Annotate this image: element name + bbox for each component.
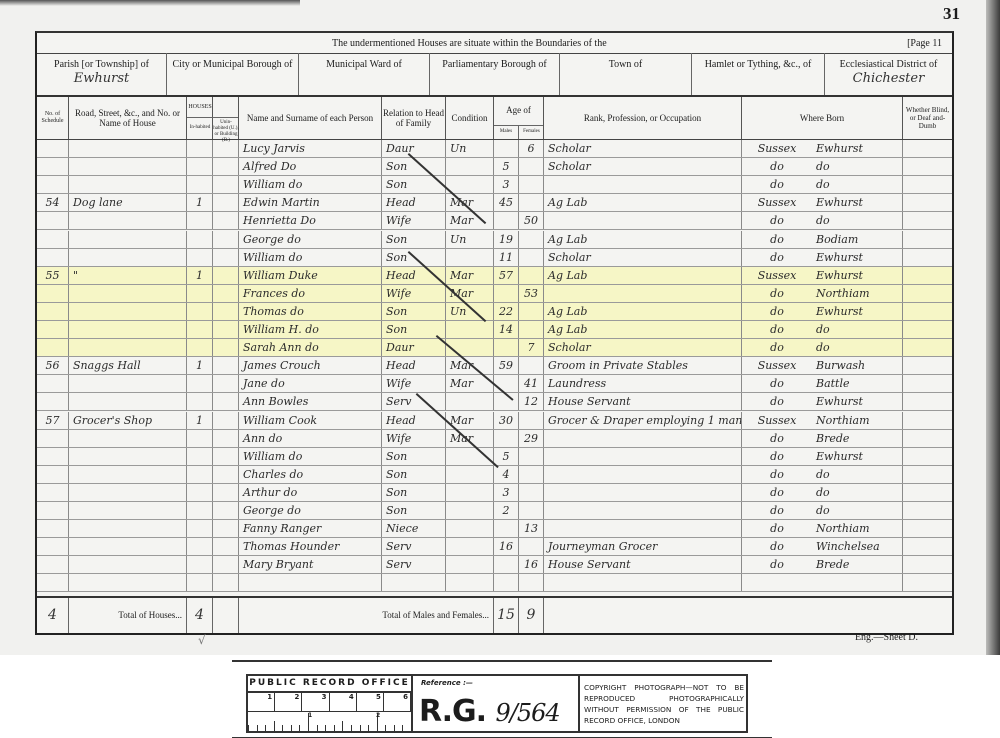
- cell-male-age: 30: [494, 412, 519, 429]
- cell-occupation: Ag Lab: [544, 267, 742, 284]
- cell-condition: [446, 520, 494, 537]
- cell-uninhabited: [213, 412, 239, 429]
- division-label: City or Municipal Borough of: [173, 59, 293, 70]
- cell-relation: Serv: [382, 393, 446, 410]
- cell-inhabited: 1: [187, 357, 213, 374]
- cell-road: [69, 448, 187, 465]
- cell-female-age: [519, 538, 544, 555]
- cell-occupation: Groom in Private Stables: [544, 357, 742, 374]
- census-row: Alfred DoSon5Scholardodo: [37, 158, 952, 176]
- census-row: 55"1William DukeHeadMar57Ag LabSussexEwh…: [37, 267, 952, 285]
- cell-born-county: do: [742, 212, 812, 229]
- total-females-value: 9: [527, 607, 536, 623]
- reference-code: R.G. 9/564: [419, 694, 560, 729]
- cell-schedule: [37, 393, 69, 410]
- cell-name: James Crouch: [239, 357, 382, 374]
- cell-born-place: Ewhurst: [812, 393, 903, 410]
- cell-relation: Head: [382, 357, 446, 374]
- cell-road: [69, 375, 187, 392]
- cell-name: [239, 574, 382, 591]
- cell-uninhabited: [213, 484, 239, 501]
- cell-blind: [903, 158, 952, 175]
- census-row: Ann doWifeMar29doBrede: [37, 430, 952, 448]
- cell-uninhabited: [213, 393, 239, 410]
- cell-male-age: 5: [494, 448, 519, 465]
- cell-male-age: 4: [494, 466, 519, 483]
- cell-schedule: 56: [37, 357, 69, 374]
- cell-female-age: [519, 176, 544, 193]
- cell-schedule: [37, 502, 69, 519]
- cell-female-age: 29: [519, 430, 544, 447]
- ruler-mark: 2: [275, 693, 302, 711]
- cell-female-age: [519, 321, 544, 338]
- cell-blind: [903, 448, 952, 465]
- cell-born-place: Brede: [812, 430, 903, 447]
- cell-female-age: [519, 502, 544, 519]
- pro-reference-panel: Reference :— R.G. 9/564: [413, 676, 580, 731]
- cell-inhabited: [187, 249, 213, 266]
- division-label: Parliamentary Borough of: [442, 59, 546, 70]
- cell-female-age: [519, 574, 544, 591]
- header-blind-deaf: Whether Blind, or Deaf and-Dumb: [903, 97, 952, 139]
- scan-edge: [986, 0, 1000, 655]
- division-label: Ecclesiastical District of: [840, 59, 938, 70]
- cell-female-age: 16: [519, 556, 544, 573]
- census-row: Arthur doSon3dodo: [37, 484, 952, 502]
- cell-condition: Mar: [446, 212, 494, 229]
- cell-schedule: [37, 212, 69, 229]
- cell-occupation: [544, 212, 742, 229]
- cell-condition: Un: [446, 140, 494, 157]
- totals-row: 4 Total of Houses... 4 Total of Males an…: [37, 596, 952, 633]
- cell-occupation: Journeyman Grocer: [544, 538, 742, 555]
- cell-female-age: [519, 231, 544, 248]
- cell-inhabited: [187, 448, 213, 465]
- header-occupation: Rank, Profession, or Occupation: [544, 97, 742, 139]
- cell-relation: Head: [382, 194, 446, 211]
- cell-road: [69, 321, 187, 338]
- cell-female-age: [519, 303, 544, 320]
- cell-name: Thomas do: [239, 303, 382, 320]
- cell-road: [69, 520, 187, 537]
- header-name: Name and Surname of each Person: [239, 97, 382, 139]
- cell-blind: [903, 212, 952, 229]
- cell-born-place: Ewhurst: [812, 267, 903, 284]
- cell-male-age: 5: [494, 158, 519, 175]
- cell-condition: [446, 574, 494, 591]
- census-scan: 31 The undermentioned Houses are situate…: [0, 0, 1000, 655]
- reference-number: 9/564: [496, 699, 560, 727]
- cell-female-age: [519, 249, 544, 266]
- cell-relation: Daur: [382, 339, 446, 356]
- division-ecclesiastical: Ecclesiastical District of Chichester: [825, 53, 952, 95]
- cell-born-place: [812, 574, 903, 591]
- cell-born-place: Ewhurst: [812, 303, 903, 320]
- cell-female-age: [519, 484, 544, 501]
- cell-born-place: Burwash: [812, 357, 903, 374]
- cell-occupation: Scholar: [544, 249, 742, 266]
- census-row: Frances doWifeMar53doNorthiam: [37, 285, 952, 303]
- total-males-value: 15: [497, 607, 515, 623]
- cell-road: [69, 574, 187, 591]
- cell-schedule: [37, 158, 69, 175]
- cell-male-age: 3: [494, 484, 519, 501]
- cell-road: [69, 556, 187, 573]
- cell-road: [69, 484, 187, 501]
- cell-name: Jane do: [239, 375, 382, 392]
- cell-blind: [903, 375, 952, 392]
- cell-female-age: 53: [519, 285, 544, 302]
- cell-name: George do: [239, 502, 382, 519]
- cell-female-age: [519, 412, 544, 429]
- cell-born-county: do: [742, 556, 812, 573]
- cell-relation: Son: [382, 466, 446, 483]
- cell-born-county: do: [742, 538, 812, 555]
- cell-blind: [903, 321, 952, 338]
- census-row: George doSon2dodo: [37, 502, 952, 520]
- cell-uninhabited: [213, 502, 239, 519]
- census-row: Charles doSon4dodo: [37, 466, 952, 484]
- cell-occupation: Laundress: [544, 375, 742, 392]
- cell-inhabited: [187, 574, 213, 591]
- division-value: Chichester: [825, 73, 952, 85]
- cell-relation: Wife: [382, 285, 446, 302]
- cell-name: Charles do: [239, 466, 382, 483]
- cell-occupation: Ag Lab: [544, 303, 742, 320]
- ruler-mark: 3: [302, 693, 329, 711]
- cell-female-age: [519, 448, 544, 465]
- cell-schedule: 55: [37, 267, 69, 284]
- cell-uninhabited: [213, 158, 239, 175]
- cell-uninhabited: [213, 212, 239, 229]
- cell-condition: Mar: [446, 267, 494, 284]
- cell-born-county: do: [742, 430, 812, 447]
- cell-schedule: [37, 303, 69, 320]
- cell-schedule: [37, 140, 69, 157]
- cell-condition: [446, 466, 494, 483]
- cell-uninhabited: [213, 556, 239, 573]
- ruler-ticks: [248, 712, 411, 731]
- cell-male-age: [494, 574, 519, 591]
- cell-born-place: Bodiam: [812, 231, 903, 248]
- cell-male-age: 45: [494, 194, 519, 211]
- cell-inhabited: [187, 502, 213, 519]
- header-houses-label: HOUSES: [187, 97, 213, 118]
- cell-schedule: [37, 520, 69, 537]
- census-row: Sarah Ann doDaur7Scholardodo: [37, 339, 952, 357]
- cell-male-age: [494, 375, 519, 392]
- cell-road: [69, 502, 187, 519]
- cell-born-county: Sussex: [742, 357, 812, 374]
- cell-inhabited: [187, 556, 213, 573]
- cell-name: Lucy Jarvis: [239, 140, 382, 157]
- division-ward: Municipal Ward of: [299, 53, 430, 95]
- cell-uninhabited: [213, 249, 239, 266]
- ruler-inches: 1 2 3 4 5 6: [248, 693, 411, 712]
- cell-relation: Niece: [382, 520, 446, 537]
- cell-born-place: Ewhurst: [812, 194, 903, 211]
- cell-uninhabited: [213, 321, 239, 338]
- census-row: William doSon3dodo: [37, 176, 952, 194]
- cell-occupation: Grocer & Draper employing 1 man: [544, 412, 742, 429]
- cell-male-age: 57: [494, 267, 519, 284]
- cell-schedule: [37, 321, 69, 338]
- division-borough: City or Municipal Borough of: [167, 53, 299, 95]
- cell-schedule: [37, 339, 69, 356]
- cell-male-age: 11: [494, 249, 519, 266]
- cell-schedule: [37, 574, 69, 591]
- cell-born-county: do: [742, 176, 812, 193]
- cell-condition: [446, 176, 494, 193]
- cell-blind: [903, 140, 952, 157]
- total-persons-label: Total of Males and Females...: [239, 598, 494, 633]
- cell-occupation: [544, 430, 742, 447]
- cell-road: [69, 393, 187, 410]
- cell-born-county: do: [742, 158, 812, 175]
- header-schedule: No. of Schedule: [37, 97, 69, 139]
- cell-condition: [446, 393, 494, 410]
- pro-ruler-panel: PUBLIC RECORD OFFICE 1 2 3 4 5 6 1 2: [248, 676, 413, 731]
- cell-schedule: 57: [37, 412, 69, 429]
- cell-road: [69, 466, 187, 483]
- ruler-mark: 4: [330, 693, 357, 711]
- cell-blind: [903, 430, 952, 447]
- reference-label: Reference :—: [421, 679, 473, 687]
- cell-born-county: do: [742, 321, 812, 338]
- cell-occupation: [544, 520, 742, 537]
- cell-born-place: do: [812, 158, 903, 175]
- cell-road: [69, 285, 187, 302]
- total-houses-value: 4: [195, 607, 204, 623]
- cell-schedule: [37, 556, 69, 573]
- cell-occupation: House Servant: [544, 393, 742, 410]
- cell-born-county: Sussex: [742, 412, 812, 429]
- cell-uninhabited: [213, 357, 239, 374]
- cell-inhabited: [187, 393, 213, 410]
- cell-name: George do: [239, 231, 382, 248]
- cell-uninhabited: [213, 466, 239, 483]
- cell-condition: [446, 321, 494, 338]
- copyright-notice: COPYRIGHT PHOTOGRAPH—NOT TO BE REPRODUCE…: [584, 682, 744, 726]
- cell-uninhabited: [213, 140, 239, 157]
- division-hamlet: Hamlet or Tything, &c., of: [692, 53, 825, 95]
- cell-name: William Cook: [239, 412, 382, 429]
- cell-born-place: Northiam: [812, 412, 903, 429]
- cell-male-age: 59: [494, 357, 519, 374]
- cell-relation: [382, 574, 446, 591]
- cell-inhabited: 1: [187, 267, 213, 284]
- cell-uninhabited: [213, 176, 239, 193]
- cell-occupation: [544, 574, 742, 591]
- cell-schedule: [37, 285, 69, 302]
- cell-name: William do: [239, 448, 382, 465]
- census-row: 57Grocer's Shop1William CookHeadMar30Gro…: [37, 412, 952, 430]
- header-uninhabited-col: Unin-habited (U.), or Building (B.): [213, 97, 239, 139]
- cell-born-county: do: [742, 231, 812, 248]
- cell-blind: [903, 303, 952, 320]
- total-males: 15: [494, 598, 519, 633]
- cell-male-age: [494, 339, 519, 356]
- cell-blind: [903, 502, 952, 519]
- total-houses: 4: [187, 598, 213, 633]
- cell-blind: [903, 357, 952, 374]
- cell-schedule: [37, 466, 69, 483]
- cell-born-county: Sussex: [742, 140, 812, 157]
- cell-uninhabited: [213, 285, 239, 302]
- cell-inhabited: [187, 212, 213, 229]
- cell-female-age: [519, 194, 544, 211]
- cell-male-age: 16: [494, 538, 519, 555]
- cell-occupation: [544, 176, 742, 193]
- cell-name: William do: [239, 176, 382, 193]
- cell-schedule: [37, 538, 69, 555]
- cell-born-county: do: [742, 375, 812, 392]
- cell-female-age: 13: [519, 520, 544, 537]
- cell-road: Grocer's Shop: [69, 412, 187, 429]
- cell-relation: Serv: [382, 556, 446, 573]
- cell-name: William Duke: [239, 267, 382, 284]
- cell-schedule: [37, 176, 69, 193]
- census-row: Mary BryantServ16House ServantdoBrede: [37, 556, 952, 574]
- cell-born-place: Northiam: [812, 520, 903, 537]
- cell-blind: [903, 231, 952, 248]
- cell-relation: Son: [382, 231, 446, 248]
- cell-born-place: Ewhurst: [812, 448, 903, 465]
- header-where-born: Where Born: [742, 97, 903, 139]
- cell-road: ": [69, 267, 187, 284]
- cell-inhabited: [187, 466, 213, 483]
- cell-uninhabited: [213, 448, 239, 465]
- cell-road: Snaggs Hall: [69, 357, 187, 374]
- header-relation: Relation to Head of Family: [382, 97, 446, 139]
- cell-occupation: [544, 466, 742, 483]
- cell-name: Edwin Martin: [239, 194, 382, 211]
- total-schedules: 4: [37, 598, 69, 633]
- cell-born-place: do: [812, 212, 903, 229]
- cell-road: [69, 249, 187, 266]
- cell-relation: Son: [382, 484, 446, 501]
- cell-schedule: [37, 448, 69, 465]
- cell-blind: [903, 520, 952, 537]
- census-row: Henrietta DoWifeMar50dodo: [37, 212, 952, 230]
- census-row: Fanny RangerNiece13doNorthiam: [37, 520, 952, 538]
- cell-inhabited: [187, 321, 213, 338]
- check-mark: √: [198, 633, 206, 647]
- cell-occupation: House Servant: [544, 556, 742, 573]
- cell-occupation: Ag Lab: [544, 231, 742, 248]
- cell-road: [69, 212, 187, 229]
- header-males: Males: [494, 125, 519, 139]
- cell-condition: [446, 556, 494, 573]
- cell-name: Thomas Hounder: [239, 538, 382, 555]
- cell-occupation: Ag Lab: [544, 321, 742, 338]
- cell-occupation: [544, 285, 742, 302]
- cell-female-age: 41: [519, 375, 544, 392]
- cell-name: Arthur do: [239, 484, 382, 501]
- sheet-label: Eng.—Sheet D.: [855, 632, 918, 643]
- cell-inhabited: [187, 520, 213, 537]
- cell-male-age: 14: [494, 321, 519, 338]
- cell-inhabited: 1: [187, 194, 213, 211]
- header-condition: Condition: [446, 97, 494, 139]
- cell-road: [69, 140, 187, 157]
- cell-born-place: do: [812, 339, 903, 356]
- cell-born-place: Winchelsea: [812, 538, 903, 555]
- cell-male-age: [494, 430, 519, 447]
- cell-occupation: [544, 502, 742, 519]
- cell-road: [69, 303, 187, 320]
- census-row: William doSon11ScholardoEwhurst: [37, 249, 952, 267]
- cell-blind: [903, 556, 952, 573]
- cell-relation: Daur: [382, 140, 446, 157]
- cell-male-age: [494, 520, 519, 537]
- cell-born-place: Ewhurst: [812, 140, 903, 157]
- cell-inhabited: [187, 430, 213, 447]
- cell-relation: Wife: [382, 430, 446, 447]
- cell-female-age: [519, 267, 544, 284]
- cell-road: [69, 176, 187, 193]
- cell-male-age: [494, 140, 519, 157]
- total-females: 9: [519, 598, 544, 633]
- cell-blind: [903, 285, 952, 302]
- cell-road: [69, 339, 187, 356]
- folio-number: 31: [943, 4, 960, 24]
- pro-reference-stamp: PUBLIC RECORD OFFICE 1 2 3 4 5 6 1 2 Ref…: [232, 660, 772, 738]
- cell-born-place: do: [812, 484, 903, 501]
- cell-blind: [903, 574, 952, 591]
- total-houses-label: Total of Houses...: [69, 598, 187, 633]
- cell-schedule: 54: [37, 194, 69, 211]
- cell-inhabited: [187, 375, 213, 392]
- cell-name: Alfred Do: [239, 158, 382, 175]
- cell-born-county: do: [742, 303, 812, 320]
- cell-occupation: [544, 448, 742, 465]
- cell-born-county: do: [742, 249, 812, 266]
- census-row: Thomas HounderServ16Journeyman GrocerdoW…: [37, 538, 952, 556]
- header-females: Females: [519, 125, 544, 139]
- division-label: Municipal Ward of: [326, 59, 402, 70]
- cell-inhabited: [187, 538, 213, 555]
- cell-uninhabited: [213, 375, 239, 392]
- cell-road: [69, 231, 187, 248]
- cell-born-place: Northiam: [812, 285, 903, 302]
- cell-name: Ann do: [239, 430, 382, 447]
- cell-inhabited: 1: [187, 412, 213, 429]
- cell-born-place: Ewhurst: [812, 249, 903, 266]
- cell-born-county: do: [742, 393, 812, 410]
- cell-occupation: Scholar: [544, 140, 742, 157]
- cell-condition: Un: [446, 231, 494, 248]
- cell-blind: [903, 412, 952, 429]
- banner-text: The undermentioned Houses are situate wi…: [332, 38, 607, 49]
- reference-prefix: R.G.: [419, 694, 486, 729]
- cell-female-age: 12: [519, 393, 544, 410]
- cell-relation: Son: [382, 448, 446, 465]
- cell-inhabited: [187, 285, 213, 302]
- scan-shadow: [0, 0, 300, 6]
- cell-blind: [903, 466, 952, 483]
- cell-uninhabited: [213, 574, 239, 591]
- ruler-mark: 5: [357, 693, 384, 711]
- cell-name: Mary Bryant: [239, 556, 382, 573]
- cell-male-age: [494, 556, 519, 573]
- cell-inhabited: [187, 176, 213, 193]
- cell-schedule: [37, 375, 69, 392]
- ruler-mark: 6: [384, 693, 411, 711]
- cell-relation: Serv: [382, 538, 446, 555]
- ruler-mark: 1: [248, 693, 275, 711]
- cell-name: William H. do: [239, 321, 382, 338]
